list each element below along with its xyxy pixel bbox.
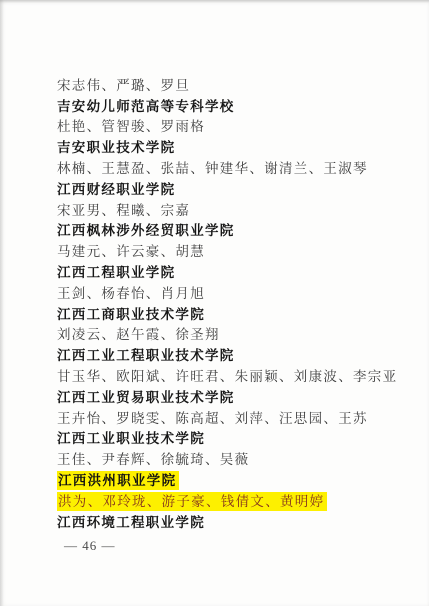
line-text: 江西工程职业学院 [57,264,175,281]
line-text: 江西枫林涉外经贸职业学院 [57,222,235,239]
line-text: 王佳、尹春辉、徐毓琦、吴薇 [57,451,249,468]
names-line: 杜艳、管智骏、罗雨格 [57,117,419,138]
school-name-line: 江西财经职业学院 [57,179,419,200]
line-text: 江西环境工程职业学院 [57,514,205,531]
school-name-line: 江西工业职业技术学院 [57,429,419,450]
line-text: 江西工业工程职业技术学院 [57,347,235,364]
line-text: 杜艳、管智骏、罗雨格 [57,118,205,135]
scan-edge-top [0,0,429,3]
page-number: — 46 — [64,538,116,554]
scanned-document-page: 宋志伟、严璐、罗旦吉安幼儿师范高等专科学校杜艳、管智骏、罗雨格吉安职业技术学院林… [0,0,429,606]
line-text: 宋志伟、严璐、罗旦 [57,77,190,94]
highlighted-text: 洪为、邓玲珑、游子豪、钱倩文、黄明婷 [57,492,327,511]
school-name-line: 吉安职业技术学院 [57,137,419,158]
names-line: 甘玉华、欧阳斌、许旺君、朱丽颖、刘康波、李宗亚 [57,366,419,387]
school-name-line: 江西洪州职业学院 [57,470,419,491]
school-name-line: 吉安幼儿师范高等专科学校 [57,96,419,117]
line-text: 吉安幼儿师范高等专科学校 [57,98,235,115]
line-text: 王卉怡、罗晓雯、陈高超、刘萍、汪思园、王苏 [57,410,368,427]
line-text: 林楠、王慧盈、张喆、钟建华、谢清兰、王淑琴 [57,160,368,177]
line-text: 江西工商职业技术学院 [57,306,205,323]
line-text: 江西工业职业技术学院 [57,430,205,447]
line-text: 马建元、许云豪、胡慧 [57,243,205,260]
school-name-line: 江西工商职业技术学院 [57,304,419,325]
line-text: 江西财经职业学院 [57,181,175,198]
names-line: 林楠、王慧盈、张喆、钟建华、谢清兰、王淑琴 [57,158,419,179]
names-line: 刘凌云、赵午霞、徐圣翔 [57,325,419,346]
school-name-line: 江西工程职业学院 [57,262,419,283]
names-line: 马建元、许云豪、胡慧 [57,241,419,262]
line-text: 甘玉华、欧阳斌、许旺君、朱丽颖、刘康波、李宗亚 [57,368,397,385]
names-line: 王佳、尹春辉、徐毓琦、吴薇 [57,449,419,470]
line-text: 宋亚男、程曦、宗嘉 [57,202,190,219]
highlighted-text: 江西洪州职业学院 [57,471,179,490]
school-name-line: 江西枫林涉外经贸职业学院 [57,221,419,242]
names-line: 王卉怡、罗晓雯、陈高超、刘萍、汪思园、王苏 [57,408,419,429]
line-text: 吉安职业技术学院 [57,139,175,156]
scan-edge-left [0,0,4,606]
names-line: 王剑、杨春怡、肖月旭 [57,283,419,304]
line-text: 江西工业贸易职业技术学院 [57,389,235,406]
school-name-line: 江西环境工程职业学院 [57,512,419,533]
line-text: 刘凌云、赵午霞、徐圣翔 [57,326,220,343]
names-line: 宋志伟、严璐、罗旦 [57,75,419,96]
line-text: 王剑、杨春怡、肖月旭 [57,285,205,302]
names-line: 宋亚男、程曦、宗嘉 [57,200,419,221]
document-body: 宋志伟、严璐、罗旦吉安幼儿师范高等专科学校杜艳、管智骏、罗雨格吉安职业技术学院林… [57,75,419,533]
school-name-line: 江西工业工程职业技术学院 [57,345,419,366]
names-line: 洪为、邓玲珑、游子豪、钱倩文、黄明婷 [57,491,419,512]
school-name-line: 江西工业贸易职业技术学院 [57,387,419,408]
